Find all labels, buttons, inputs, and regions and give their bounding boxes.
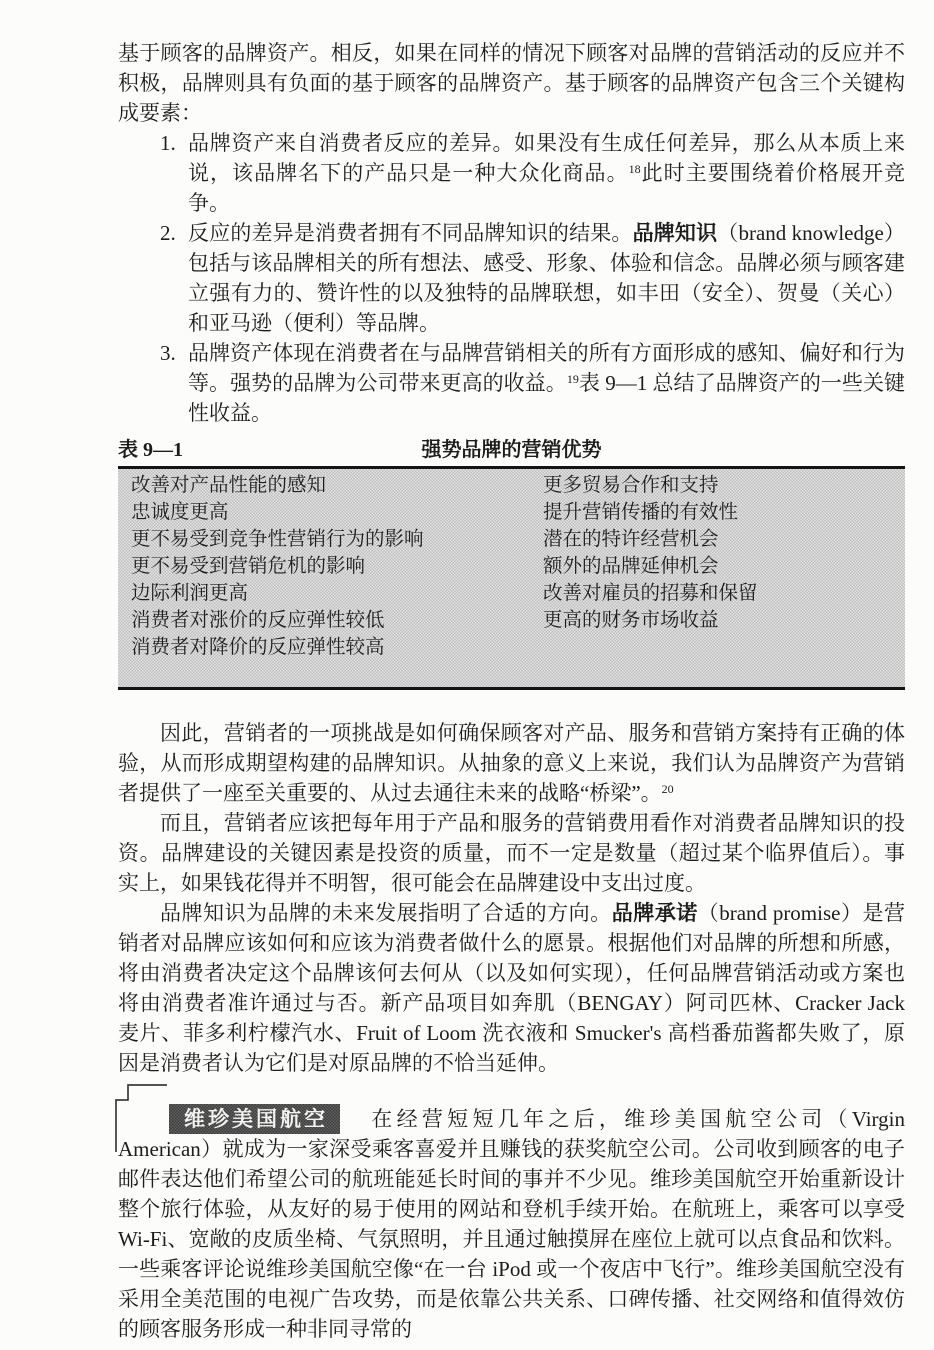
list-item-number: 3. (160, 338, 188, 428)
paragraph-marketer-challenge: 因此，营销者的一项挑战是如何确保顾客对产品、服务和营销方案持有正确的体验，从而形… (118, 718, 905, 808)
table-row: 边际利润更高 改善对雇员的招募和保留 (118, 580, 905, 607)
table-cell-right: 潜在的特许经营机会 (543, 526, 905, 553)
table-row: 改善对产品性能的感知 更多贸易合作和支持 (118, 472, 905, 499)
case-study-label: 维珍美国航空 (169, 1104, 340, 1134)
table-row: 更不易受到营销危机的影响 额外的品牌延伸机会 (118, 553, 905, 580)
case-study-virgin-america: 维珍美国航空在经营短短几年之后，维珍美国航空公司（Virgin American… (118, 1104, 905, 1344)
list-item-number: 1. (160, 128, 188, 218)
table-cell-left: 更不易受到竞争性营销行为的影响 (118, 526, 543, 553)
table-cell-left: 边际利润更高 (118, 580, 543, 607)
table-cell-right: 更高的财务市场收益 (543, 607, 905, 634)
paragraph-brand-investment: 而且，营销者应该把每年用于产品和服务的营销费用看作对消费者品牌知识的投资。品牌建… (118, 808, 905, 898)
paragraph-brand-promise: 品牌知识为品牌的未来发展指明了合适的方向。品牌承诺（brand promise）… (118, 898, 905, 1078)
book-page: 基于顾客的品牌资产。相反，如果在同样的情况下顾客对品牌的营销活动的反应并不积极，… (0, 0, 934, 1350)
table-cell-left: 更不易受到营销危机的影响 (118, 553, 543, 580)
table-cell-left: 忠诚度更高 (118, 499, 543, 526)
table-header: 表 9—1 强势品牌的营销优势 (118, 438, 905, 466)
table-cell-right: 更多贸易合作和支持 (543, 472, 905, 499)
list-item-number: 2. (160, 218, 188, 338)
table-body: 改善对产品性能的感知 更多贸易合作和支持 忠诚度更高 提升营销传播的有效性 更不… (118, 466, 905, 690)
case-study-text: 在经营短短几年之后，维珍美国航空公司（Virgin American）就成为一家… (118, 1107, 905, 1341)
table-cell-left: 改善对产品性能的感知 (118, 472, 543, 499)
table-title: 强势品牌的营销优势 (118, 438, 905, 462)
table-row: 更不易受到竞争性营销行为的影响 潜在的特许经营机会 (118, 526, 905, 553)
table-cell-right: 提升营销传播的有效性 (543, 499, 905, 526)
list-item-text: 反应的差异是消费者拥有不同品牌知识的结果。品牌知识（brand knowledg… (188, 218, 905, 338)
table-cell-left: 消费者对涨价的反应弹性较低 (118, 607, 543, 634)
key-ingredients-list: 1. 品牌资产来自消费者反应的差异。如果没有生成任何差异，那么从本质上来说，该品… (118, 128, 905, 428)
table-cell-left: 消费者对降价的反应弹性较高 (118, 634, 543, 661)
paragraph-brand-equity-intro: 基于顾客的品牌资产。相反，如果在同样的情况下顾客对品牌的营销活动的反应并不积极，… (118, 38, 905, 128)
table-9-1: 表 9—1 强势品牌的营销优势 改善对产品性能的感知 更多贸易合作和支持 忠诚度… (118, 438, 905, 690)
table-cell-right: 额外的品牌延伸机会 (543, 553, 905, 580)
list-item-text: 品牌资产来自消费者反应的差异。如果没有生成任何差异，那么从本质上来说，该品牌名下… (188, 128, 905, 218)
list-item-text: 品牌资产体现在消费者在与品牌营销相关的所有方面形成的感知、偏好和行为等。强势的品… (188, 338, 905, 428)
table-cell-right (543, 634, 905, 661)
table-cell-right: 改善对雇员的招募和保留 (543, 580, 905, 607)
case-study-paragraph: 维珍美国航空在经营短短几年之后，维珍美国航空公司（Virgin American… (118, 1104, 905, 1344)
list-item: 2. 反应的差异是消费者拥有不同品牌知识的结果。品牌知识（brand knowl… (118, 218, 905, 338)
table-row: 消费者对降价的反应弹性较高 (118, 634, 905, 661)
table-row: 忠诚度更高 提升营销传播的有效性 (118, 499, 905, 526)
list-item: 3. 品牌资产体现在消费者在与品牌营销相关的所有方面形成的感知、偏好和行为等。强… (118, 338, 905, 428)
table-row: 消费者对涨价的反应弹性较低 更高的财务市场收益 (118, 607, 905, 634)
table-number-label: 表 9—1 (118, 438, 183, 462)
list-item: 1. 品牌资产来自消费者反应的差异。如果没有生成任何差异，那么从本质上来说，该品… (118, 128, 905, 218)
